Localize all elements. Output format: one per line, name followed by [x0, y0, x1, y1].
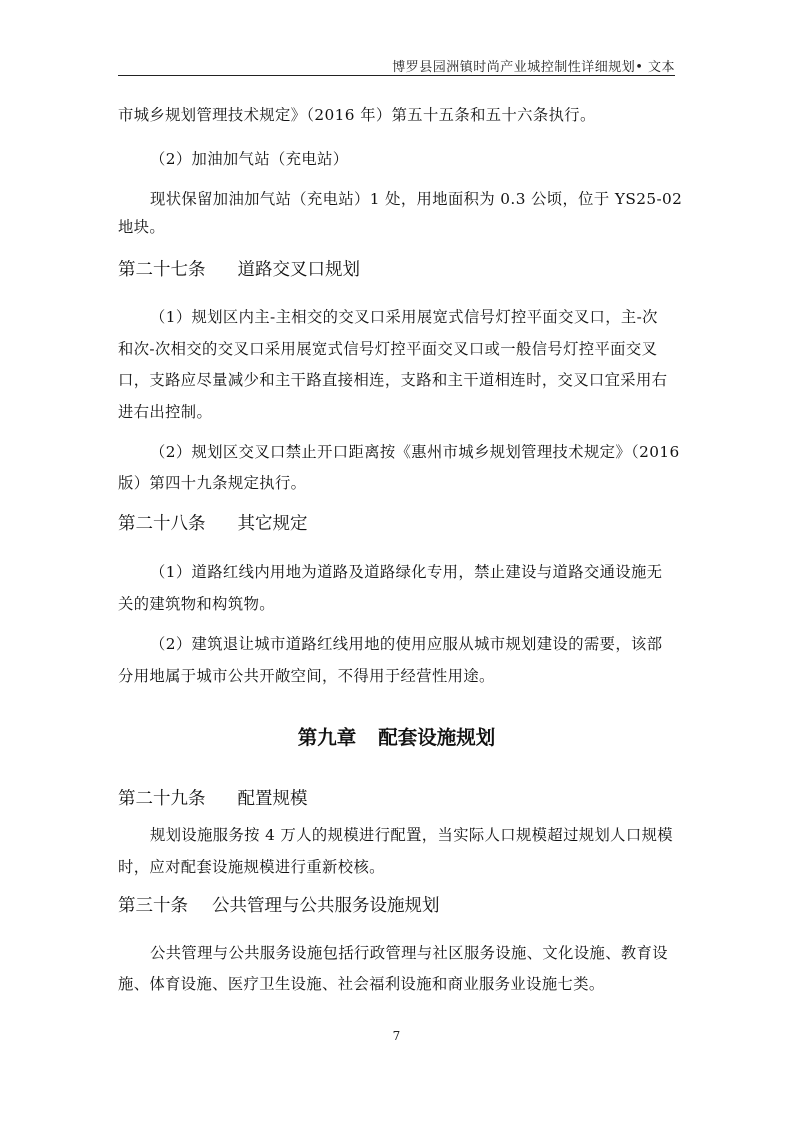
- article-30-heading: 第三十条公共管理与公共服务设施规划: [118, 892, 440, 917]
- running-header: 博罗县园洲镇时尚产业城控制性详细规划• 文本: [392, 56, 675, 75]
- paragraph-line: 口，支路应尽量减少和主干路直接相连，支路和主干道相连时，交叉口宜采用右: [118, 368, 678, 390]
- chapter-title: 配套设施规划: [378, 726, 495, 749]
- subheading-gas-station: （2）加油加气站（充电站）: [150, 147, 710, 169]
- paragraph-line: 分用地属于城市公共开敞空间，不得用于经营性用途。: [118, 664, 678, 686]
- article-27-heading: 第二十七条道路交叉口规划: [118, 256, 360, 281]
- article-29-heading: 第二十九条配置规模: [118, 785, 308, 810]
- article-title: 道路交叉口规划: [238, 260, 361, 280]
- paragraph-line: 地块。: [118, 215, 678, 237]
- article-number: 第二十八条: [118, 510, 206, 535]
- page-number: 7: [0, 1029, 793, 1043]
- paragraph-line: 版）第四十九条规定执行。: [118, 471, 678, 493]
- article-title: 公共管理与公共服务设施规划: [212, 896, 440, 916]
- paragraph-line: 规划设施服务按 4 万人的规模进行配置，当实际人口规模超过规划人口规模: [150, 823, 710, 845]
- article-number: 第二十七条: [118, 256, 206, 281]
- paragraph-line: （2）规划区交叉口禁止开口距离按《惠州市城乡规划管理技术规定》（2016: [150, 440, 710, 462]
- chapter-9-heading: 第九章配套设施规划: [0, 722, 793, 750]
- document-page: 博罗县园洲镇时尚产业城控制性详细规划• 文本 市城乡规划管理技术规定》（2016…: [0, 0, 793, 1122]
- article-number: 第二十九条: [118, 785, 206, 810]
- paragraph-line: （1）道路红线内用地为道路及道路绿化专用，禁止建设与道路交通设施无: [150, 560, 710, 582]
- paragraph-line: 现状保留加油加气站（充电站）1 处，用地面积为 0.3 公顷，位于 YS25-0…: [150, 187, 710, 209]
- chapter-number: 第九章: [298, 726, 357, 749]
- paragraph-line: 施、体育设施、医疗卫生设施、社会福利设施和商业服务业设施七类。: [118, 972, 678, 994]
- article-title: 配置规模: [238, 789, 308, 809]
- paragraph-line: 市城乡规划管理技术规定》（2016 年）第五十五条和五十六条执行。: [118, 103, 678, 125]
- article-28-heading: 第二十八条其它规定: [118, 510, 308, 535]
- paragraph-line: （1）规划区内主-主相交的交叉口采用展宽式信号灯控平面交叉口，主-次: [150, 305, 710, 327]
- header-rule: [118, 75, 675, 76]
- paragraph-line: 时，应对配套设施规模进行重新校核。: [118, 855, 678, 877]
- paragraph-line: （2）建筑退让城市道路红线用地的使用应服从城市规划建设的需要，该部: [150, 632, 710, 654]
- paragraph-line: 公共管理与公共服务设施包括行政管理与社区服务设施、文化设施、教育设: [150, 941, 710, 963]
- paragraph-line: 进右出控制。: [118, 400, 678, 422]
- paragraph-line: 和次-次相交的交叉口采用展宽式信号灯控平面交叉口或一般信号灯控平面交叉: [118, 337, 678, 359]
- article-title: 其它规定: [238, 514, 308, 534]
- article-number: 第三十条: [118, 892, 188, 917]
- paragraph-line: 关的建筑物和构筑物。: [118, 592, 678, 614]
